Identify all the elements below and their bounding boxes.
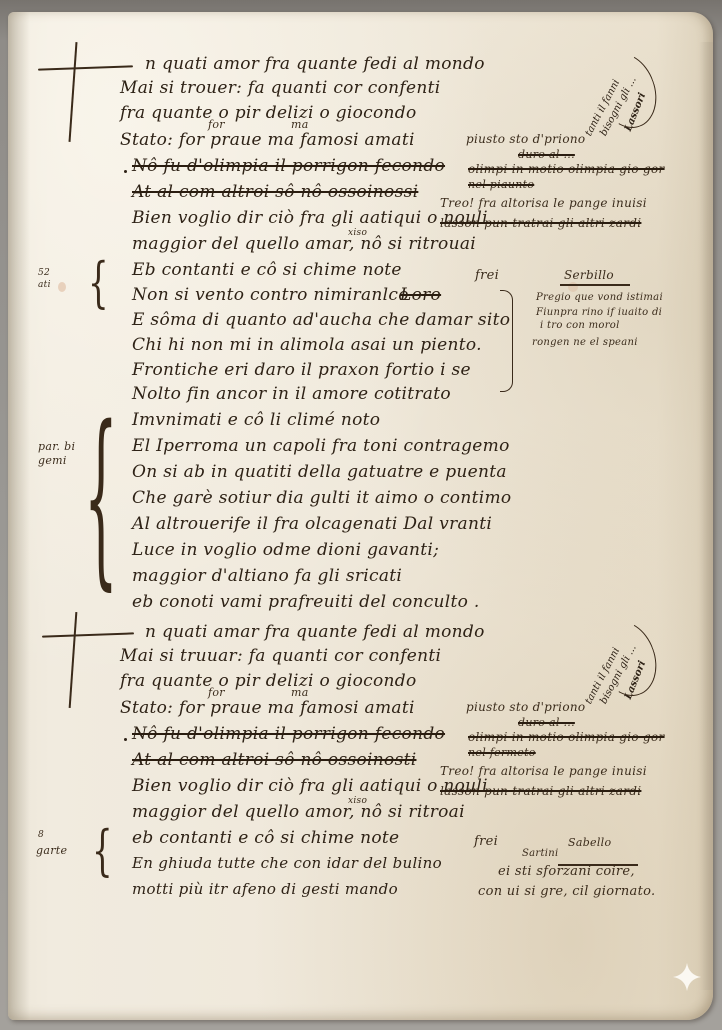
verse-line: Bien voglio dir ciò fra gli aatiqui o no… — [132, 776, 488, 796]
margin-label: par. bi — [38, 440, 75, 453]
margin-note-struck: duro al ... — [518, 716, 575, 729]
margin-note: piusto sto d'priono — [466, 132, 585, 146]
interlinear-note: frei — [474, 834, 498, 849]
margin-note: Fiunpra rino if iuaito di — [536, 307, 662, 318]
page-edge — [699, 42, 713, 990]
verse-line: Luce in voglio odme dioni gavanti; — [132, 540, 439, 560]
verse-line: motti più itr afeno di gesti mando — [132, 880, 398, 898]
interlinear-note: Sartini — [522, 848, 559, 859]
verse-line: eb contanti e cô si chime note — [132, 828, 399, 848]
margin-note-struck: nel fermeto — [468, 746, 536, 759]
margin-note: Treo! fra altorisa le pange inuisi — [440, 196, 647, 210]
verse-line: fra quante o pir delizi o giocondo — [120, 671, 417, 691]
margin-note-struck: olimpi in motio olimpia gio gor — [468, 162, 665, 176]
margin-note-struck: nel piaunto — [468, 178, 534, 191]
verse-line: Chi hi non mi in alimola asai un piento. — [132, 335, 482, 355]
verse-line: E sôma di quanto ad'aucha che damar sito — [132, 310, 510, 330]
verse-line: Frontiche eri daro il praxon fortio i se — [132, 360, 471, 380]
margin-note: Pregio que vond istimai — [536, 292, 663, 303]
cross-mark-horizontal — [38, 65, 133, 70]
verse-line: On si ab in quatiti della gatuatre e pue… — [132, 462, 507, 482]
verse-line: Stato: for praue ma famosi amati — [120, 130, 415, 150]
left-brace: { — [84, 402, 118, 592]
struck-word: Loro — [400, 285, 441, 305]
interlinear-note: Sabello — [568, 836, 611, 849]
verse-tail: ei sti sforzani coire, — [498, 864, 635, 879]
verse-line: maggior d'altiano fa gli sricati — [132, 566, 402, 586]
page-gutter — [8, 12, 30, 1020]
margin-note-struck: lasson pun tratrai gli altri zardi — [440, 216, 641, 230]
verse-line: Mai si trouer: fa quanti cor confenti — [120, 78, 441, 98]
verse-line-struck: At al com altroi sô nô ossoinossi — [132, 182, 418, 202]
verse-line: Che garè sotiur dia gulti it aimo o cont… — [132, 488, 511, 508]
verse-line: Imvnimati e cô li climé noto — [132, 410, 380, 430]
verse-line-struck: Nô fu d'olimpia il porrigon fecondo — [132, 156, 445, 176]
left-brace: { — [88, 256, 109, 310]
margin-note: rongen ne el speani — [532, 337, 638, 348]
verse-line: Nolto fin ancor in il amore cotitrato — [132, 384, 451, 404]
verse-line-struck: At al com altroi sô nô ossoinosti — [132, 750, 416, 770]
margin-label: 52 — [38, 268, 50, 278]
verse-line: Mai si truuar: fa quanti cor confenti — [120, 646, 441, 666]
right-brace — [500, 290, 513, 392]
verse-line-struck: Nô fu d'olimpia il porrigon fecondo — [132, 724, 445, 744]
ink-stain — [58, 282, 66, 292]
cross-mark-vertical — [69, 612, 78, 708]
verse-line: Non si vento contro nimiranlco — [132, 285, 409, 305]
interlinear-note: frei — [475, 268, 499, 283]
margin-note: i tro con morol — [540, 320, 620, 331]
verse-line: maggior del quello amar, nô si ritrouai — [132, 234, 476, 254]
margin-note: piusto sto d'priono — [466, 700, 585, 714]
verse-line: Eb contanti e cô si chime note — [132, 260, 402, 280]
manuscript-scene: n quati amor fra quante fedi al mondo Ma… — [0, 0, 722, 1030]
margin-label: ati — [38, 280, 51, 290]
line-marker-dot — [124, 738, 127, 741]
title-underline — [560, 284, 630, 286]
margin-note: Treo! fra altorisa le pange inuisi — [440, 764, 647, 778]
verse-line: Stato: for praue ma famosi amati — [120, 698, 415, 718]
manuscript-page: n quati amor fra quante fedi al mondo Ma… — [8, 12, 713, 1020]
verse-line: n quati amor fra quante fedi al mondo — [145, 54, 485, 74]
margin-label: 8 — [38, 830, 44, 840]
cross-mark-vertical — [69, 42, 78, 142]
verse-line: El Iperroma un capoli fra toni contragem… — [132, 436, 510, 456]
verse-tail: con ui si gre, cil giornato. — [478, 884, 655, 899]
verse-line: fra quante o pir delizi o giocondo — [120, 103, 417, 123]
verse-line: maggior del quello amor, nô si ritroai — [132, 802, 465, 822]
left-brace: { — [92, 824, 113, 878]
margin-note-struck: duro al ... — [518, 148, 575, 161]
verse-line: Al altrouerife il fra olcagenati Dal vra… — [132, 514, 492, 534]
verse-line: eb conoti vami prafreuiti del conculto . — [132, 592, 480, 612]
sparkle-icon — [672, 962, 702, 992]
margin-note-struck: lasson pun tratrai gli altri zardi — [440, 784, 641, 798]
verse-line: En ghiuda tutte che con idar del bulino — [132, 854, 442, 872]
margin-note-title: Serbillo — [564, 268, 614, 282]
margin-label: gemi — [38, 454, 67, 467]
cross-mark-horizontal — [42, 632, 134, 637]
verse-line: n quati amar fra quante fedi al mondo — [145, 622, 485, 642]
margin-note-struck: olimpi in motio olimpia gio gor — [468, 730, 665, 744]
verse-line: Bien voglio dir ciò fra gli aatiqui o no… — [132, 208, 488, 228]
margin-label: garte — [36, 844, 67, 857]
line-marker-dot — [124, 170, 127, 173]
